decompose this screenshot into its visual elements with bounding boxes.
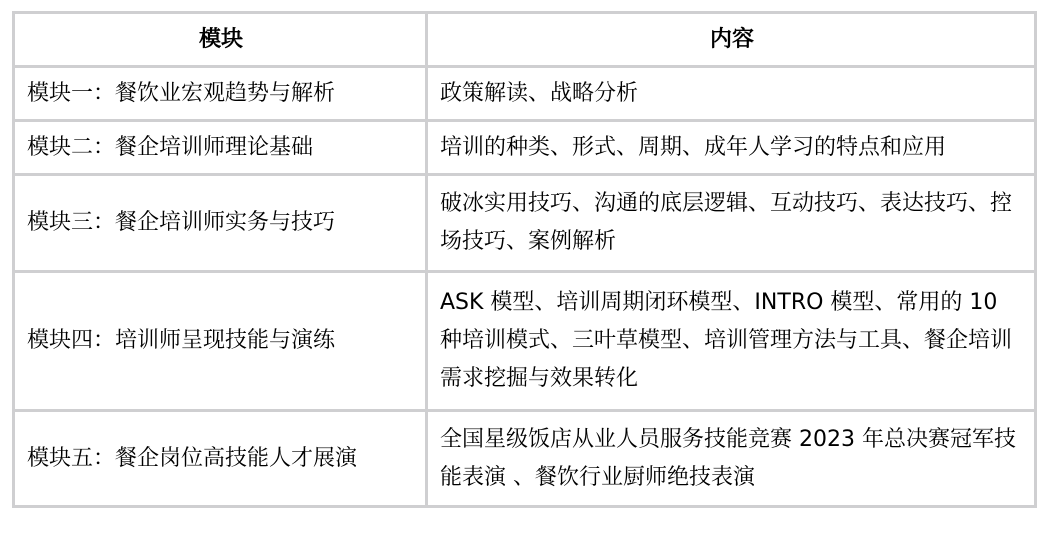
table-row: 模块二：餐企培训师理论基础 培训的种类、形式、周期、成年人学习的特点和应用 <box>14 121 1036 175</box>
module-cell: 模块一：餐饮业宏观趋势与解析 <box>14 67 427 121</box>
header-content: 内容 <box>427 13 1036 67</box>
table-row: 模块四：培训师呈现技能与演练 ASK 模型、培训周期闭环模型、INTRO 模型、… <box>14 272 1036 411</box>
content-cell: 培训的种类、形式、周期、成年人学习的特点和应用 <box>427 121 1036 175</box>
module-cell: 模块四：培训师呈现技能与演练 <box>14 272 427 411</box>
content-cell: 全国星级饭店从业人员服务技能竞赛 2023 年总决赛冠军技能表演 、餐饮行业厨师… <box>427 411 1036 507</box>
header-module: 模块 <box>14 13 427 67</box>
content-cell: ASK 模型、培训周期闭环模型、INTRO 模型、常用的 10 种培训模式、三叶… <box>427 272 1036 411</box>
module-content-table: 模块 内容 模块一：餐饮业宏观趋势与解析 政策解读、战略分析 模块二：餐企培训师… <box>12 11 1037 508</box>
module-cell: 模块五：餐企岗位高技能人才展演 <box>14 411 427 507</box>
content-cell: 政策解读、战略分析 <box>427 67 1036 121</box>
module-cell: 模块二：餐企培训师理论基础 <box>14 121 427 175</box>
table-header-row: 模块 内容 <box>14 13 1036 67</box>
module-cell: 模块三：餐企培训师实务与技巧 <box>14 175 427 272</box>
table-row: 模块三：餐企培训师实务与技巧 破冰实用技巧、沟通的底层逻辑、互动技巧、表达技巧、… <box>14 175 1036 272</box>
content-cell: 破冰实用技巧、沟通的底层逻辑、互动技巧、表达技巧、控场技巧、案例解析 <box>427 175 1036 272</box>
table-row: 模块五：餐企岗位高技能人才展演 全国星级饭店从业人员服务技能竞赛 2023 年总… <box>14 411 1036 507</box>
table-row: 模块一：餐饮业宏观趋势与解析 政策解读、战略分析 <box>14 67 1036 121</box>
